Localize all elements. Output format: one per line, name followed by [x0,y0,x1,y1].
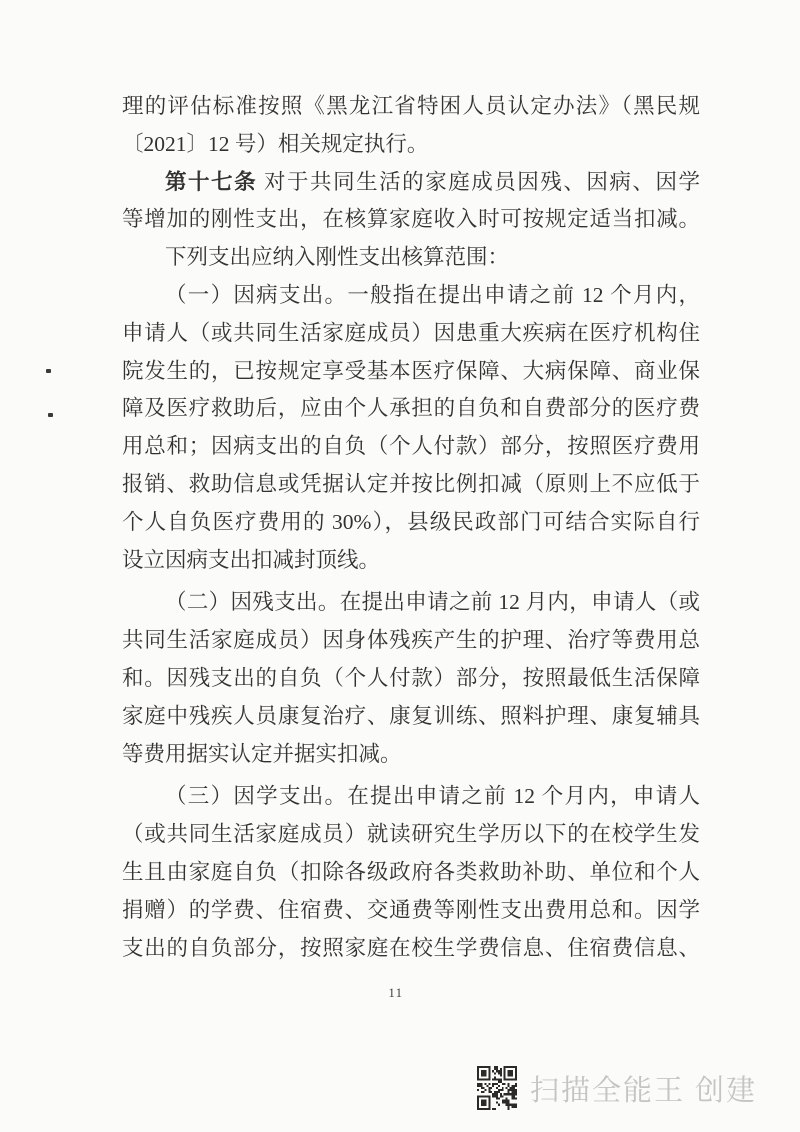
scanned-document-page: 理的评估标准按照《黑龙江省特困人员认定办法》（黑民规〔2021〕12 号）相关规… [0,0,800,1132]
scanner-watermark: 扫描全能王 创建 [477,1066,757,1110]
page-number: 11 [0,986,792,1001]
text-line: 报销、救助信息或凭据认定并按比例扣减（原则上不应低于 [122,466,700,504]
text-line: 共同生活家庭成员）因身体残疾产生的护理、治疗等费用总 [122,622,700,660]
text-line: 下列支出应纳入刚性支出核算范围： [122,239,700,277]
text-line: 用总和；因病支出的自负（个人付款）部分，按照医疗费用 [122,428,700,466]
watermark-label: 扫描全能王 创建 [530,1068,757,1109]
text-line: 捐赠）的学费、住宿费、交通费等刚性支出费用总和。因学 [122,892,700,930]
text-line: （一）因病支出。一般指在提出申请之前 12 个月内， [122,277,700,315]
text-line: 院发生的，已按规定享受基本医疗保障、大病保障、商业保 [122,353,700,391]
text-line: 等增加的刚性支出，在核算家庭收入时可按规定适当扣减。 [122,201,700,239]
text-line: （三）因学支出。在提出申请之前 12 个月内，申请人 [122,778,700,816]
document-text-block: 理的评估标准按照《黑龙江省特困人员认定办法》（黑民规〔2021〕12 号）相关规… [122,88,700,967]
text-line: 〔2021〕12 号）相关规定执行。 [122,126,700,164]
text-line: 申请人（或共同生活家庭成员）因患重大疾病在医疗机构住 [122,315,700,353]
article-number-bold: 第十七条 [165,170,257,194]
text-line: 和。因残支出的自负（个人付款）部分，按照最低生活保障 [122,660,700,698]
text-line: 个人自负医疗费用的 30%），县级民政部门可结合实际自行 [122,504,700,542]
text-line: 家庭中残疾人员康复治疗、康复训练、照料护理、康复辅具 [122,698,700,736]
text-line: 支出的自负部分，按照家庭在校生学费信息、住宿费信息、 [122,930,700,968]
scan-dot [48,413,53,417]
text-line: 第十七条 对于共同生活的家庭成员因残、因病、因学 [122,164,700,202]
text-line: 设立因病支出扣减封顶线。 [122,542,700,580]
text-line: 生且由家庭自负（扣除各级政府各类救助补助、单位和个人 [122,854,700,892]
qr-code-icon [477,1066,517,1110]
text-line: 理的评估标准按照《黑龙江省特困人员认定办法》（黑民规 [122,88,700,126]
text-line: 等费用据实认定并据实扣减。 [122,736,700,774]
text-line: 障及医疗救助后，应由个人承担的自负和自费部分的医疗费 [122,390,700,428]
text-line: （或共同生活家庭成员）就读研究生学历以下的在校学生发 [122,816,700,854]
scan-dot [46,369,51,373]
text-line: （二）因残支出。在提出申请之前 12 月内，申请人（或 [122,584,700,622]
